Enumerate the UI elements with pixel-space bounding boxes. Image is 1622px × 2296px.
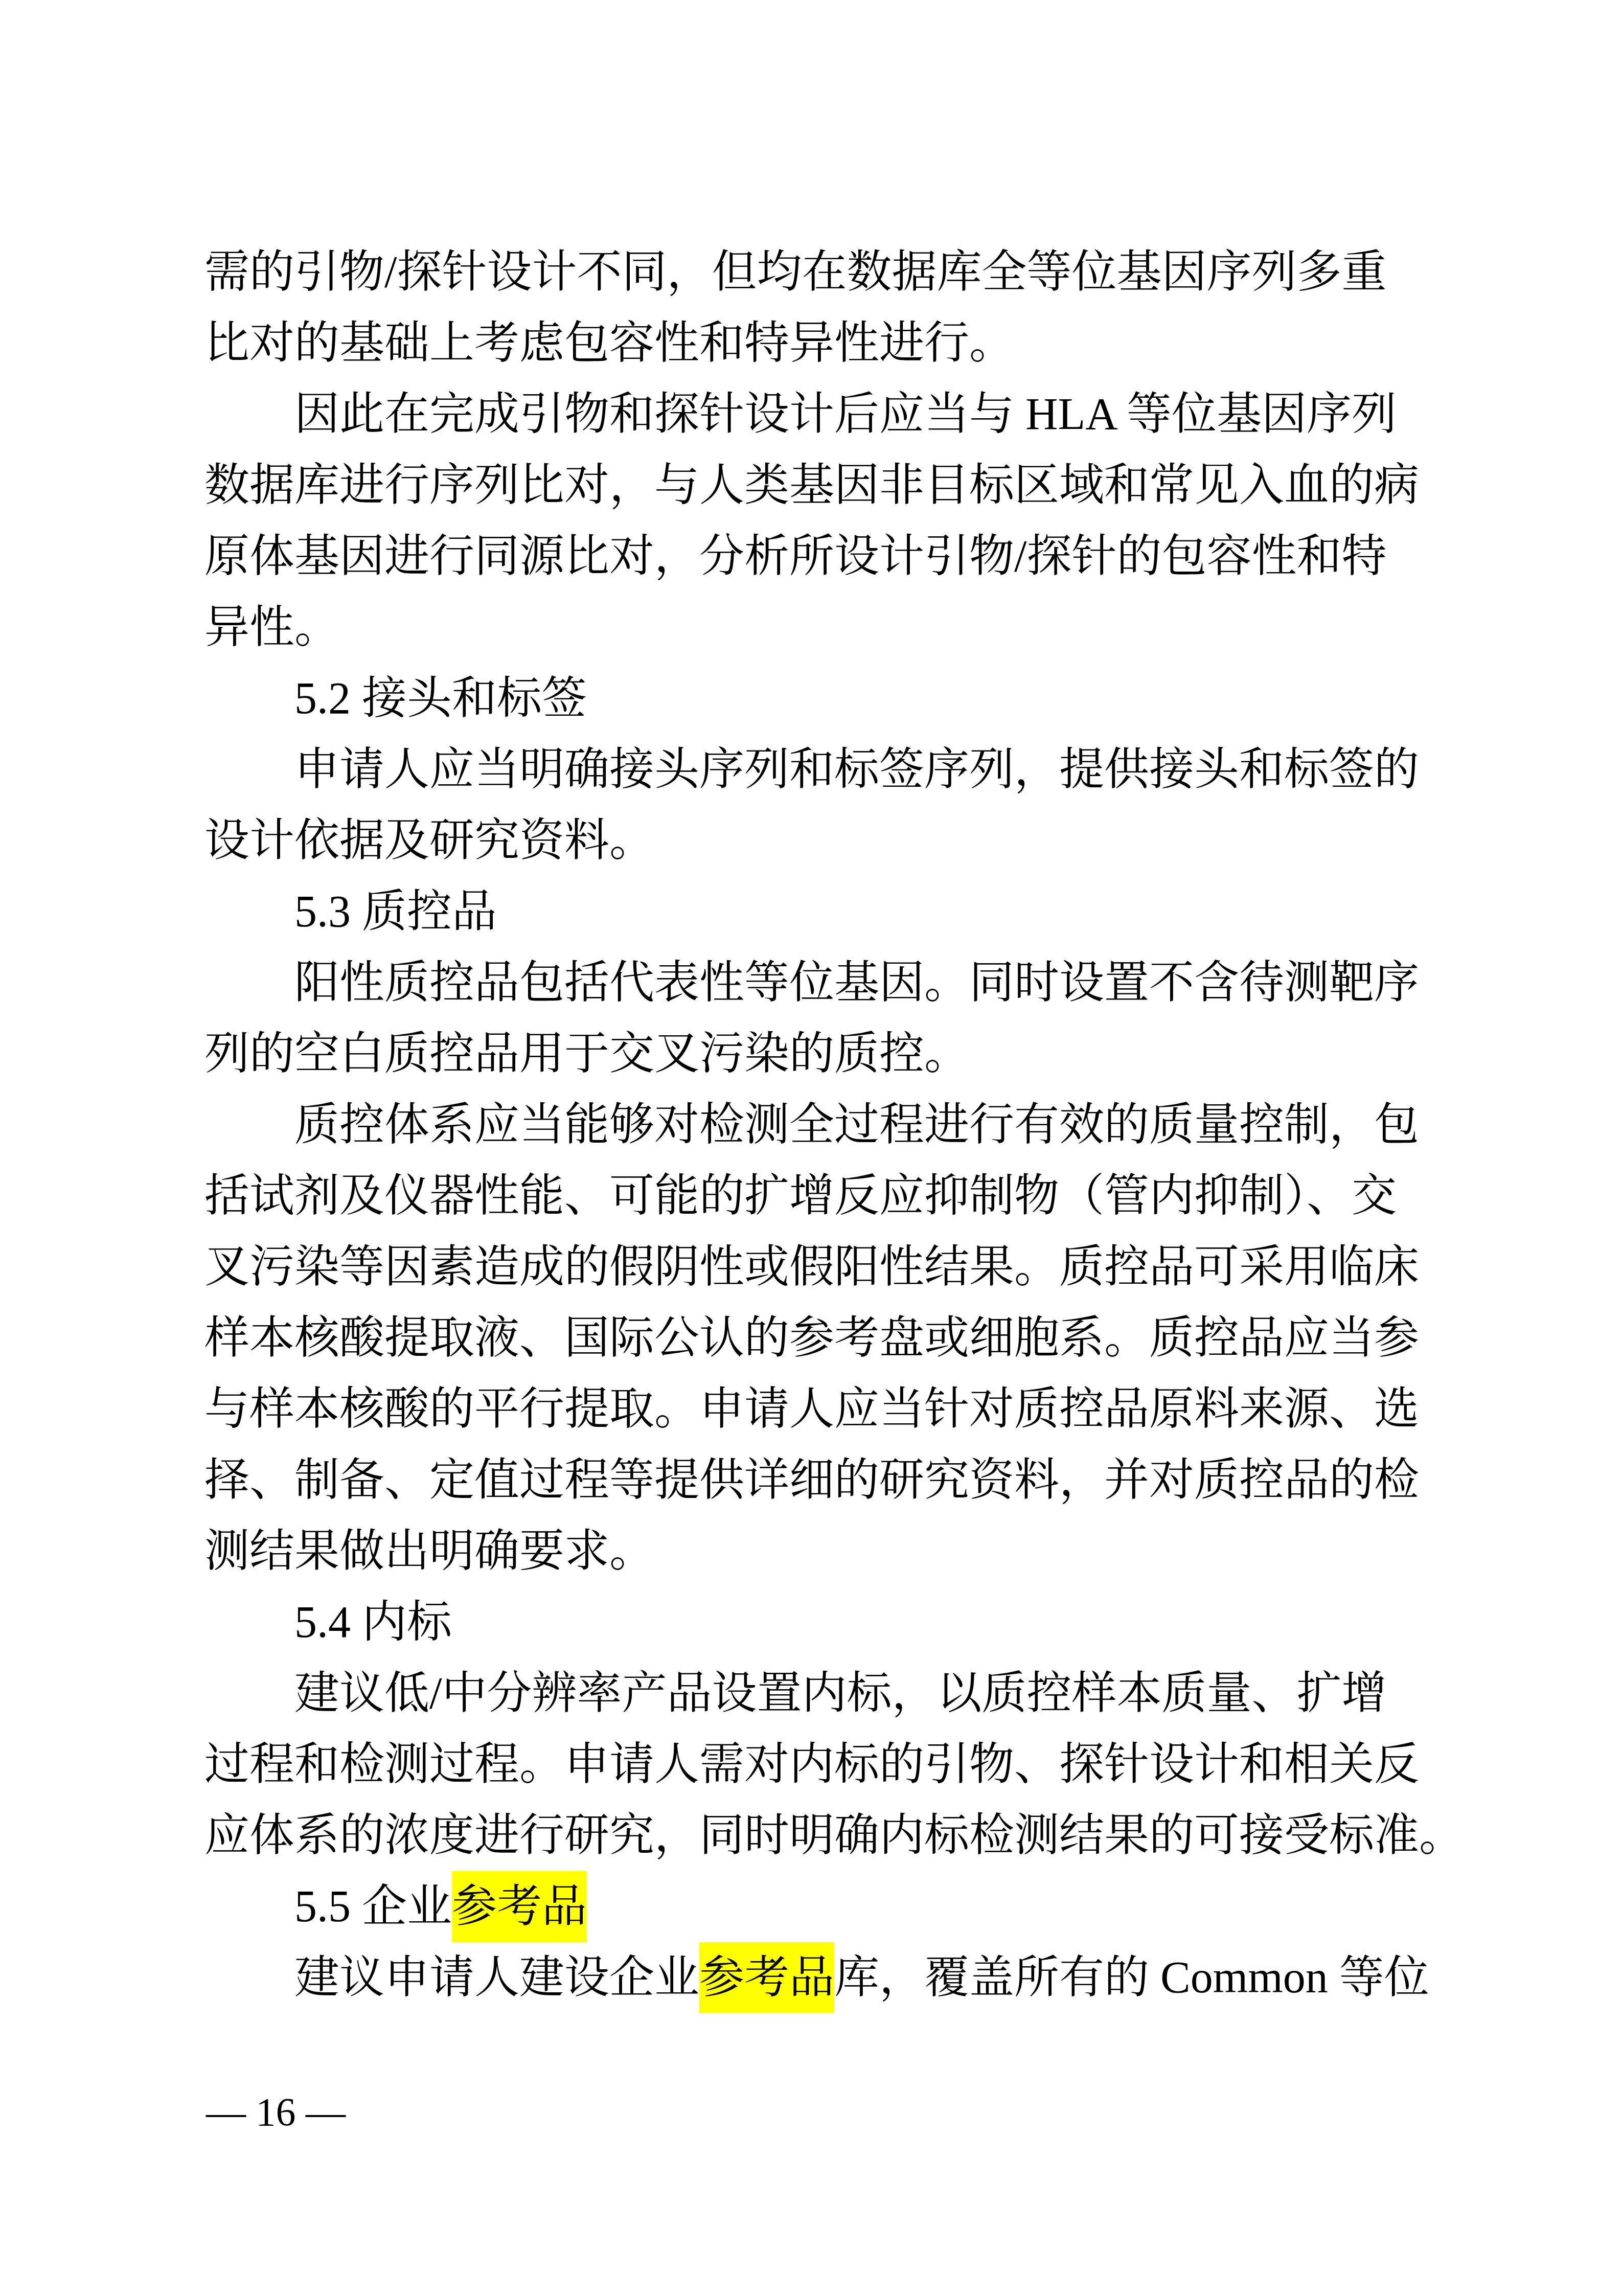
text-run: 5.3 质控品 xyxy=(294,887,497,937)
text-line: 应体系的浓度进行研究，同时明确内标检测结果的可接受标准。 xyxy=(204,1800,1467,1871)
text-line: 5.3 质控品 xyxy=(204,876,1467,947)
text-line: 需的引物/探针设计不同，但均在数据库全等位基因序列多重 xyxy=(204,237,1467,308)
text-run: 应体系的浓度进行研究，同时明确内标检测结果的可接受标准。 xyxy=(204,1811,1464,1860)
text-run: 质控体系应当能够对检测全过程进行有效的质量控制，包 xyxy=(294,1100,1419,1150)
text-run: 申请人应当明确接头序列和标签序列，提供接头和标签的 xyxy=(294,745,1419,794)
text-run: 与样本核酸的平行提取。申请人应当针对质控品原料来源、选 xyxy=(204,1384,1419,1434)
text-line: 括试剂及仪器性能、可能的扩增反应抑制物（管内抑制）、交 xyxy=(204,1161,1467,1232)
text-line: 过程和检测过程。申请人需对内标的引物、探针设计和相关反 xyxy=(204,1729,1467,1800)
text-run: 设计依据及研究资料。 xyxy=(204,816,654,866)
text-run: 数据库进行序列比对，与人类基因非目标区域和常见入血的病 xyxy=(204,461,1419,510)
text-run: 5.5 企业 xyxy=(294,1882,452,1931)
document-page: 需的引物/探针设计不同，但均在数据库全等位基因序列多重比对的基础上考虑包容性和特… xyxy=(0,0,1622,2296)
text-run: 异性。 xyxy=(204,603,339,652)
text-run: 叉污染等因素造成的假阴性或假阳性结果。质控品可采用临床 xyxy=(204,1242,1419,1292)
text-run: 过程和检测过程。申请人需对内标的引物、探针设计和相关反 xyxy=(204,1740,1419,1789)
text-line: 因此在完成引物和探针设计后应当与 HLA 等位基因序列 xyxy=(204,379,1467,450)
text-run: 建议申请人建设企业 xyxy=(294,1953,699,2003)
text-run: 列的空白质控品用于交叉污染的质控。 xyxy=(204,1029,969,1079)
text-run: 择、制备、定值过程等提供详细的研究资料，并对质控品的检 xyxy=(204,1456,1419,1505)
page-number: — 16 — xyxy=(206,2089,346,2135)
text-line: 列的空白质控品用于交叉污染的质控。 xyxy=(204,1018,1467,1089)
text-line: 阳性质控品包括代表性等位基因。同时设置不含待测靶序 xyxy=(204,947,1467,1018)
text-run: 比对的基础上考虑包容性和特异性进行。 xyxy=(204,319,1014,368)
text-line: 叉污染等因素造成的假阴性或假阳性结果。质控品可采用临床 xyxy=(204,1232,1467,1303)
text-run: 因此在完成引物和探针设计后应当与 HLA 等位基因序列 xyxy=(294,390,1397,439)
text-run: 建议低/中分辨率产品设置内标，以质控样本质量、扩增 xyxy=(294,1669,1386,1718)
text-line: 申请人应当明确接头序列和标签序列，提供接头和标签的 xyxy=(204,734,1467,805)
text-run: 阳性质控品包括代表性等位基因。同时设置不含待测靶序 xyxy=(294,958,1419,1008)
text-line: 择、制备、定值过程等提供详细的研究资料，并对质控品的检 xyxy=(204,1445,1467,1516)
text-line: 比对的基础上考虑包容性和特异性进行。 xyxy=(204,308,1467,379)
text-line: 设计依据及研究资料。 xyxy=(204,805,1467,876)
text-line: 质控体系应当能够对检测全过程进行有效的质量控制，包 xyxy=(204,1089,1467,1161)
text-line: 样本核酸提取液、国际公认的参考盘或细胞系。质控品应当参 xyxy=(204,1303,1467,1374)
text-run: 括试剂及仪器性能、可能的扩增反应抑制物（管内抑制）、交 xyxy=(204,1171,1397,1221)
text-line: 异性。 xyxy=(204,592,1467,663)
highlighted-text: 参考品 xyxy=(699,1942,834,2013)
text-run: 5.2 接头和标签 xyxy=(294,674,587,723)
text-run: 测结果做出明确要求。 xyxy=(204,1527,654,1576)
text-line: 建议申请人建设企业参考品库，覆盖所有的 Common 等位 xyxy=(204,1942,1467,2013)
text-line: 建议低/中分辨率产品设置内标，以质控样本质量、扩增 xyxy=(204,1658,1467,1729)
text-run: 需的引物/探针设计不同，但均在数据库全等位基因序列多重 xyxy=(204,247,1386,297)
text-line: 数据库进行序列比对，与人类基因非目标区域和常见入血的病 xyxy=(204,450,1467,521)
text-line: 原体基因进行同源比对，分析所设计引物/探针的包容性和特 xyxy=(204,521,1467,592)
text-line: 测结果做出明确要求。 xyxy=(204,1516,1467,1587)
text-line: 5.5 企业参考品 xyxy=(204,1871,1467,1942)
text-run: 5.4 内标 xyxy=(294,1598,452,1647)
highlighted-text: 参考品 xyxy=(452,1871,587,1942)
text-line: 与样本核酸的平行提取。申请人应当针对质控品原料来源、选 xyxy=(204,1374,1467,1445)
text-line: 5.4 内标 xyxy=(204,1587,1467,1658)
text-run: 样本核酸提取液、国际公认的参考盘或细胞系。质控品应当参 xyxy=(204,1313,1419,1363)
text-body: 需的引物/探针设计不同，但均在数据库全等位基因序列多重比对的基础上考虑包容性和特… xyxy=(204,237,1467,2013)
text-run: 库，覆盖所有的 Common 等位 xyxy=(834,1953,1429,2003)
text-line: 5.2 接头和标签 xyxy=(204,663,1467,734)
text-run: 原体基因进行同源比对，分析所设计引物/探针的包容性和特 xyxy=(204,532,1386,581)
